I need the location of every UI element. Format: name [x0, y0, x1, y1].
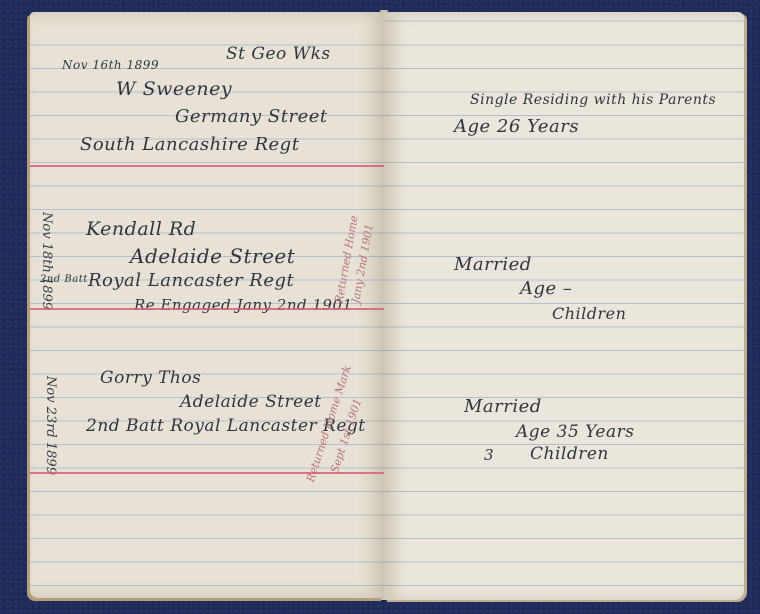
entry-children: Children: [530, 444, 609, 464]
entry-regiment: South Lancashire Regt: [80, 134, 299, 155]
entry-children-count: 3: [484, 446, 494, 464]
entry-status: Married: [464, 396, 542, 417]
red-divider: [30, 165, 384, 167]
entry-address: Adelaide Street: [130, 244, 295, 268]
entry-name: Kendall Rd: [86, 218, 196, 240]
margin-date: Nov 23rd 1899: [43, 376, 58, 475]
entry-header-note: St Geo Wks: [226, 44, 331, 64]
entry-status: Married: [454, 254, 532, 275]
entry-regiment-prefix: 2nd Batt: [40, 274, 88, 285]
entry-children: Children: [552, 304, 626, 323]
red-divider: [30, 308, 384, 310]
entry-name: W Sweeney: [116, 78, 232, 100]
entry-age: Age –: [520, 278, 572, 299]
entry-name: Gorry Thos: [100, 368, 201, 388]
entry-status: Single Residing with his Parents: [470, 92, 716, 108]
entry-regiment: Royal Lancaster Regt: [88, 270, 294, 291]
entry-age: Age 26 Years: [454, 116, 579, 137]
red-divider: [30, 472, 384, 474]
entry-address: Adelaide Street: [180, 392, 322, 412]
entry-note: Re Engaged Jany 2nd 1901: [134, 296, 353, 314]
left-page: Nov 16th 1899 St Geo Wks W Sweeney Germa…: [30, 12, 384, 598]
entry-date: Nov 16th 1899: [62, 58, 159, 72]
right-page: Single Residing with his Parents Age 26 …: [384, 12, 744, 600]
margin-date: Nov 18th 1899: [39, 212, 54, 310]
entry-age: Age 35 Years: [516, 422, 634, 442]
entry-address: Germany Street: [175, 106, 328, 127]
